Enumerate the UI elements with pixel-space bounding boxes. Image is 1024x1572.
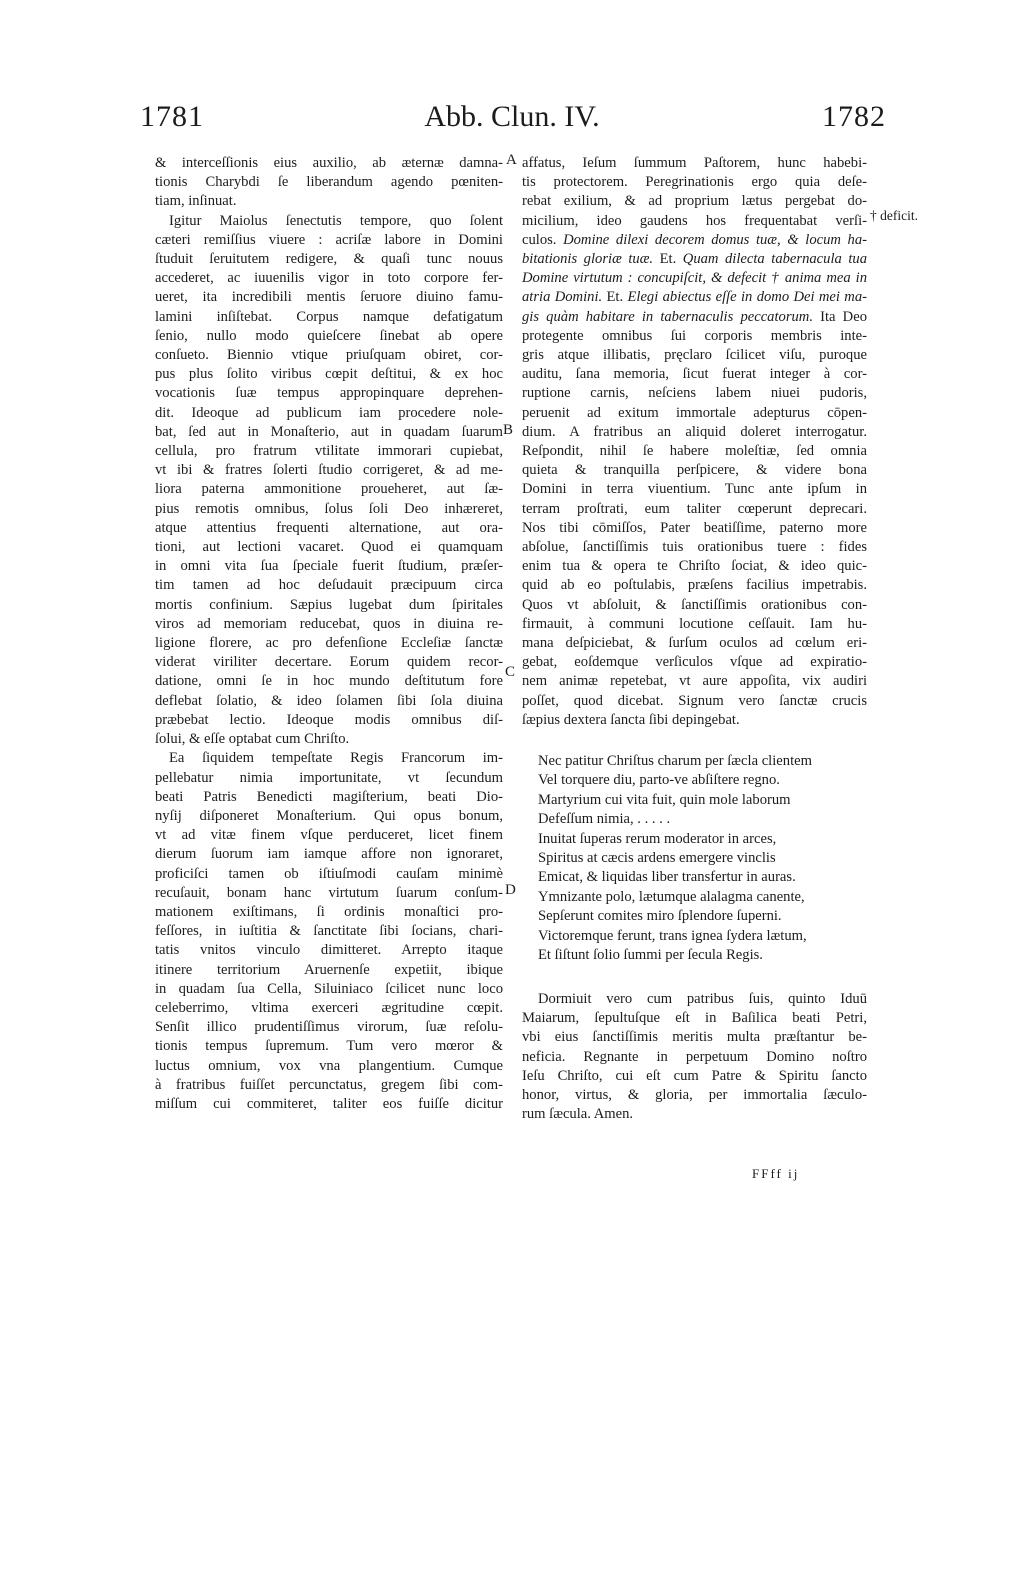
text-line: in omni vita ſua ſpeciale fuerit ſtudium… [155,557,503,576]
text-line: rebat exilium, & ad proprium lætus perge… [522,192,867,211]
running-header: 1781 Abb. Clun. IV. 1782 [0,100,1024,140]
text-line: bitationis gloriæ tuæ. Et. Quam dilecta … [522,250,867,269]
verse-block: Nec patitur Chriſtus charum per ſæcla cl… [538,752,812,965]
text-line: tim tamen ad hoc deſudauit præcipuum cir… [155,576,503,595]
psalm-quote: Domine virtutum : concupiſcit, & defecit… [522,270,867,286]
text-line: & interceſſionis eius auxilio, ab æternæ… [155,154,503,173]
closing-paragraph: Dormiuit vero cum patribus ſuis, quinto … [522,990,867,1124]
text-line: miſſum cui commiteret, taliter eos fuiſſ… [155,1095,503,1114]
verse-line: Sepſerunt comites miro ſplendore ſuperni… [538,907,812,926]
text-line: accederet, ac iuuenilis vigor in toto co… [155,269,503,288]
text-line: bat, ſed aut in Monaſterio, aut in quada… [155,423,503,442]
text-line: Maiarum, ſepultuſque eſt in Baſilica bea… [522,1009,867,1028]
text-line: vt ibi & fratres ſolerti ſtudio corriger… [155,461,503,480]
text-line: liora paterna ammonitione proueheret, au… [155,480,503,499]
text-line: auditu, ſana memoria, ſicut fuerat integ… [522,365,867,384]
text-line: Igitur Maiolus ſenectutis tempore, quo ſ… [155,212,503,231]
paragraph: Igitur Maiolus ſenectutis tempore, quo ſ… [155,212,503,750]
text-line: datione, omni ſe in hoc mundo deſtitutum… [155,672,503,691]
text-line: tionis tempus ſupremum. Tum vero mœror & [155,1037,503,1056]
text-line: viderat viriliter decertare. Eorum quide… [155,653,503,672]
psalm-quote: atria Domini. [522,289,602,305]
text-line: culos. Domine dilexi decorem domus tuæ, … [522,231,867,250]
text-line: rum ſæcula. Amen. [522,1105,867,1124]
psalm-quote: gis quàm habitare in tabernaculis peccat… [522,309,813,325]
text-line: Domine virtutum : concupiſcit, & defecit… [522,269,867,288]
verse-line: Nec patitur Chriſtus charum per ſæcla cl… [538,752,812,771]
text-line: peruenit ad exitum immortale adepturus c… [522,404,867,423]
text-line: dium. A fratribus an aliquid doleret int… [522,423,867,442]
text-line: proficiſci tamen ob iſtiuſmodi cauſam mi… [155,865,503,884]
text-line: atque attentius frequenti alternatione, … [155,519,503,538]
text-line: pus plus ſolito viribus cœpit deſtitui, … [155,365,503,384]
verse-line: Inuitat ſuperas rerum moderator in arces… [538,830,812,849]
text-line: cæteri remiſſius viuere : acriſæ labore … [155,231,503,250]
text-line: Nos tibi cōmiſſos, Pater beatiſſime, pat… [522,519,867,538]
text-line: luctus omnium, vox vna plangentium. Cumq… [155,1057,503,1076]
text-line: Reſpondit, nihil ſe habere moleſtiæ, ſed… [522,442,867,461]
text-line: tatis vnitos vinculo dimitteret. Arrepto… [155,941,503,960]
text-line: ueret, ita incredibili mentis ſeruore di… [155,288,503,307]
text-line: Ea ſiquidem tempeſtate Regis Francorum i… [155,749,503,768]
text-line: pellebatur nimia importunitate, vt ſecun… [155,769,503,788]
text-line: cellula, pro fratrum vtilitate immorari … [155,442,503,461]
text-line: tiam, inſinuat. [155,192,503,211]
verse-line: Spiritus at cæcis ardens emergere vincli… [538,849,812,868]
text-line: deflebat ſolatio, & ideo ſolamen ſibi ſo… [155,692,503,711]
text-line: ſenio, nullo modo quieſcere ſinebat ab o… [155,327,503,346]
paragraph: Ea ſiquidem tempeſtate Regis Francorum i… [155,749,503,1114]
psalm-quote: Quam dilecta tabernacula tua [683,251,867,267]
text-line: feſſores, in iuſtitia & ſanctitate ſibi … [155,922,503,941]
verse-line: Emicat, & liquidas liber transfertur in … [538,868,812,887]
verse-line: Martyrium cui vita fuit, quin mole labor… [538,791,812,810]
text-line: mationem exiſtimans, ſi ordinis monaſtic… [155,903,503,922]
psalm-quote: bitationis gloriæ tuæ. [522,251,653,267]
text-line: dit. Ideoque ad publicum iam procedere n… [155,404,503,423]
text-line: Senſit illico prudentiſſimus virorum, ſu… [155,1018,503,1037]
verse-line: Victoremque ferunt, trans ignea ſydera l… [538,927,812,946]
left-column: & interceſſionis eius auxilio, ab æternæ… [155,154,503,1114]
text-line: ſæpius dextera ſancta ſibi depingebat. [522,711,867,730]
text-line: mana deſpiciebat, & ſurſum oculos ad cœl… [522,634,867,653]
text-line: gebat, eoſdemque verſiculos vſque ad exp… [522,653,867,672]
verse-line: Defeſſum nimia, . . . . . [538,810,812,829]
text-line: abſolue, ſanctiſſimis tuis orationibus t… [522,538,867,557]
text-line: à fratribus fuiſſet percunctatus, gregem… [155,1076,503,1095]
text-line: vbi eius ſanctiſſimis meritis multa præſ… [522,1028,867,1047]
text-line: poſſet, quod dicebat. Signum vero ſanctæ… [522,692,867,711]
text-line: Quos vt abſoluit, & ſanctiſſimis oration… [522,596,867,615]
text-line: in quadam ſua Cella, Siluiniaco ſcilicet… [155,980,503,999]
verse-line: Ymnizante polo, lætumque alalagma canent… [538,888,812,907]
text-line: celeberrimo, vltima exerceri ægritudine … [155,999,503,1018]
text-line: Domini in terra viuentium. Tunc ante ipſ… [522,480,867,499]
text-line: nem animæ repetebat, vt aure appoſita, v… [522,672,867,691]
text-line: quieta & tranquilla perſpicere, & videre… [522,461,867,480]
text-line: ruptione carnis, neſciens labem niuei pu… [522,384,867,403]
right-column: affatus, Ieſum ſummum Paſtorem, hunc hab… [522,154,867,730]
marginal-note: † deficit. [870,208,918,224]
text-run: Et. [602,289,627,305]
text-line: neficia. Regnante in perpetuum Domino no… [522,1048,867,1067]
margin-letter-a: A [506,152,517,169]
text-line: ligione florere, ac pro defenſione Eccle… [155,634,503,653]
text-line: tionis Charybdi ſe liberandum agendo pœn… [155,173,503,192]
text-run: culos. [522,232,563,248]
text-line: firmauit, à communi locutione ceſſauit. … [522,615,867,634]
paragraph: affatus, Ieſum ſummum Paſtorem, hunc hab… [522,154,867,730]
text-line: nyſij diſponeret Monaſterium. Qui opus b… [155,807,503,826]
right-page-number: 1782 [822,100,886,134]
text-line: præbebat lectio. Ideoque modis omnibus d… [155,711,503,730]
text-line: mortis confinium. Sæpius lugebat dum ſpi… [155,596,503,615]
text-line: conſueto. Biennio vtique priuſquam obire… [155,346,503,365]
margin-letter-c: C [505,664,515,681]
text-line: ſolui, & eſſe optabat cum Chriſto. [155,730,503,749]
text-line: tioni, aut lectioni vacaret. Quod ei qua… [155,538,503,557]
text-run: Ita Deo [813,309,867,325]
psalm-quote: Domine dilexi decorem domus tuæ, & locum… [563,232,867,248]
text-run: Et. [653,251,683,267]
text-line: gris atque illibatis, pręclaro ſcilicet … [522,346,867,365]
verse-line: Vel torquere diu, parto-ve abſiſtere reg… [538,771,812,790]
text-line: beati Patris Benedicti magiſterium, beat… [155,788,503,807]
text-line: vocationis ſuæ tempus appropinquare depr… [155,384,503,403]
text-line: honor, virtus, & gloria, per immortalia … [522,1086,867,1105]
text-line: dierum ſuorum iam iamque affore non igno… [155,845,503,864]
text-line: itinere territorium Aruernenſe expetiit,… [155,961,503,980]
text-line: enim tua & opera te Chriſto ſociat, & id… [522,557,867,576]
text-line: recuſauit, bonam hanc virtutum ſuarum co… [155,884,503,903]
text-line: vt ad vitæ finem vſque perduceret, licet… [155,826,503,845]
text-line: atria Domini. Et. Elegi abiectus eſſe in… [522,288,867,307]
margin-letter-d: D [505,882,516,899]
text-line: ſtuduit ſeruitutem redigere, & quaſi tun… [155,250,503,269]
text-line: tis protectorem. Peregrinationis ergo qu… [522,173,867,192]
margin-letter-b: B [503,422,513,439]
text-line: affatus, Ieſum ſummum Paſtorem, hunc hab… [522,154,867,173]
text-line: protegente omnibus ſui corporis membris … [522,327,867,346]
text-line: pius remotis omnibus, ſolus ſoli Deo inh… [155,500,503,519]
text-line: Ieſu Chriſto, cui eſt cum Patre & Spirit… [522,1067,867,1086]
paragraph: & interceſſionis eius auxilio, ab æternæ… [155,154,503,212]
text-line: micilium, ideo gaudens hos frequentabat … [522,212,867,231]
text-line: gis quàm habitare in tabernaculis peccat… [522,308,867,327]
psalm-quote: Elegi abiectus eſſe in domo Dei mei ma- [627,289,867,305]
text-line: terram proſtrati, eum taliter cœperunt d… [522,500,867,519]
text-line: lamini inſiſtebat. Corpus namque defatig… [155,308,503,327]
signature-mark: FFff ij [752,1166,799,1182]
text-line: viros ad memoriam reducebat, quos in diu… [155,615,503,634]
text-line: Dormiuit vero cum patribus ſuis, quinto … [522,990,867,1009]
verse-line: Et ſiſtunt ſolio ſummi per ſecula Regis. [538,946,812,965]
text-line: quid ab eo poſtulabis, præſens facilius … [522,576,867,595]
